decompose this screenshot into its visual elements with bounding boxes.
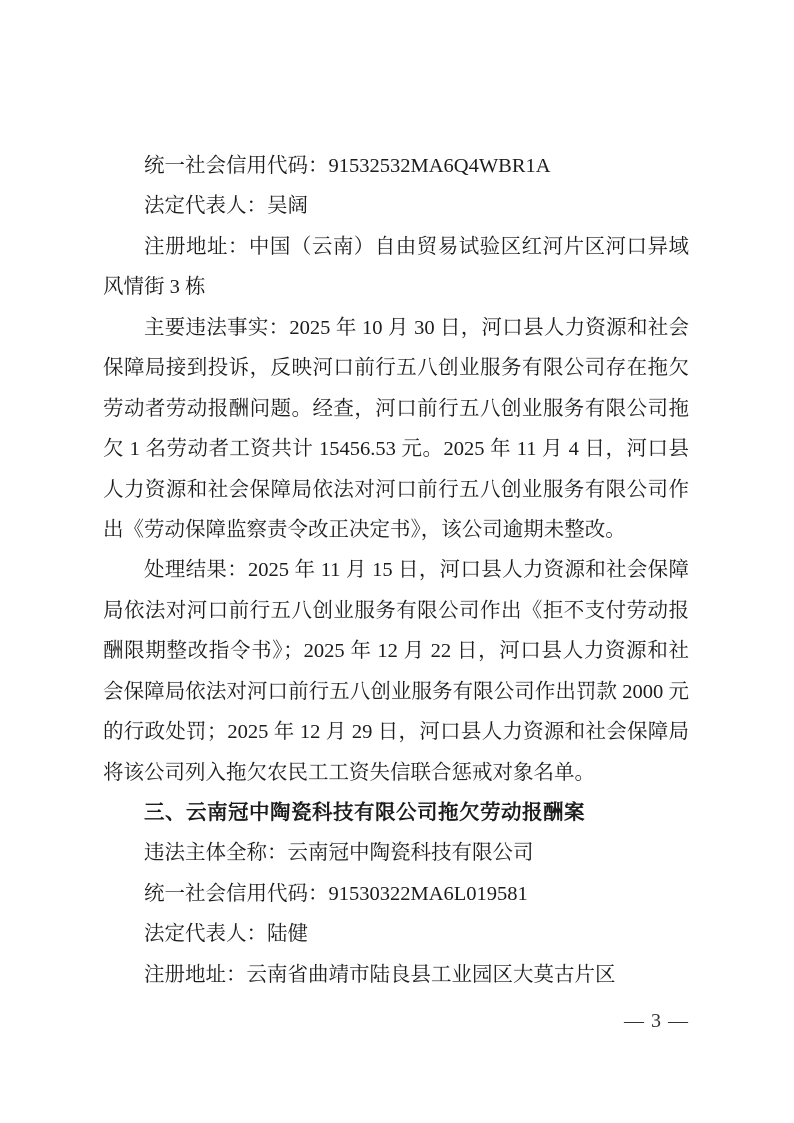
case2-result-line: 处理结果：2025 年 11 月 15 日，河口县人力资源和社会保障 <box>103 550 689 590</box>
case2-result-line: 局依法对河口前行五八创业服务有限公司作出《拒不支付劳动报 <box>103 591 689 631</box>
case3-legal-rep-line: 法定代表人：陆健 <box>103 914 689 954</box>
case3-address-line: 注册地址：云南省曲靖市陆良县工业园区大莫古片区 <box>103 955 689 995</box>
case2-facts-line: 主要违法事实：2025 年 10 月 30 日，河口县人力资源和社会 <box>103 308 689 348</box>
case2-address-line-2: 风情街 3 栋 <box>103 267 689 307</box>
case3-credit-code-line: 统一社会信用代码：91530322MA6L019581 <box>103 874 689 914</box>
document-body: 统一社会信用代码：91532532MA6Q4WBR1A 法定代表人：吴阔 注册地… <box>103 146 689 995</box>
document-page: 统一社会信用代码：91532532MA6Q4WBR1A 法定代表人：吴阔 注册地… <box>0 0 794 1123</box>
page-number: — 3 — <box>103 1008 689 1034</box>
case2-facts-line: 人力资源和社会保障局依法对河口前行五八创业服务有限公司作 <box>103 470 689 510</box>
case2-result-line: 将该公司列入拖欠农民工工资失信联合惩戒对象名单。 <box>103 753 689 793</box>
case2-address-line-1: 注册地址：中国（云南）自由贸易试验区红河片区河口异域 <box>103 227 689 267</box>
case2-facts-line: 出《劳动保障监察责令改正决定书》，该公司逾期未整改。 <box>103 510 689 550</box>
case2-facts-line: 欠 1 名劳动者工资共计 15456.53 元。2025 年 11 月 4 日，… <box>103 429 689 469</box>
case3-entity-name-line: 违法主体全称：云南冠中陶瓷科技有限公司 <box>103 833 689 873</box>
case3-section-heading: 三、云南冠中陶瓷科技有限公司拖欠劳动报酬案 <box>103 793 689 833</box>
case2-facts-line: 劳动者劳动报酬问题。经查，河口前行五八创业服务有限公司拖 <box>103 389 689 429</box>
case2-result-line: 的行政处罚；2025 年 12 月 29 日，河口县人力资源和社会保障局 <box>103 712 689 752</box>
case2-credit-code-line: 统一社会信用代码：91532532MA6Q4WBR1A <box>103 146 689 186</box>
case2-result-line: 会保障局依法对河口前行五八创业服务有限公司作出罚款 2000 元 <box>103 672 689 712</box>
case2-result-line: 酬限期整改指令书》；2025 年 12 月 22 日，河口县人力资源和社 <box>103 631 689 671</box>
case2-facts-line: 保障局接到投诉，反映河口前行五八创业服务有限公司存在拖欠 <box>103 348 689 388</box>
case2-legal-rep-line: 法定代表人：吴阔 <box>103 186 689 226</box>
